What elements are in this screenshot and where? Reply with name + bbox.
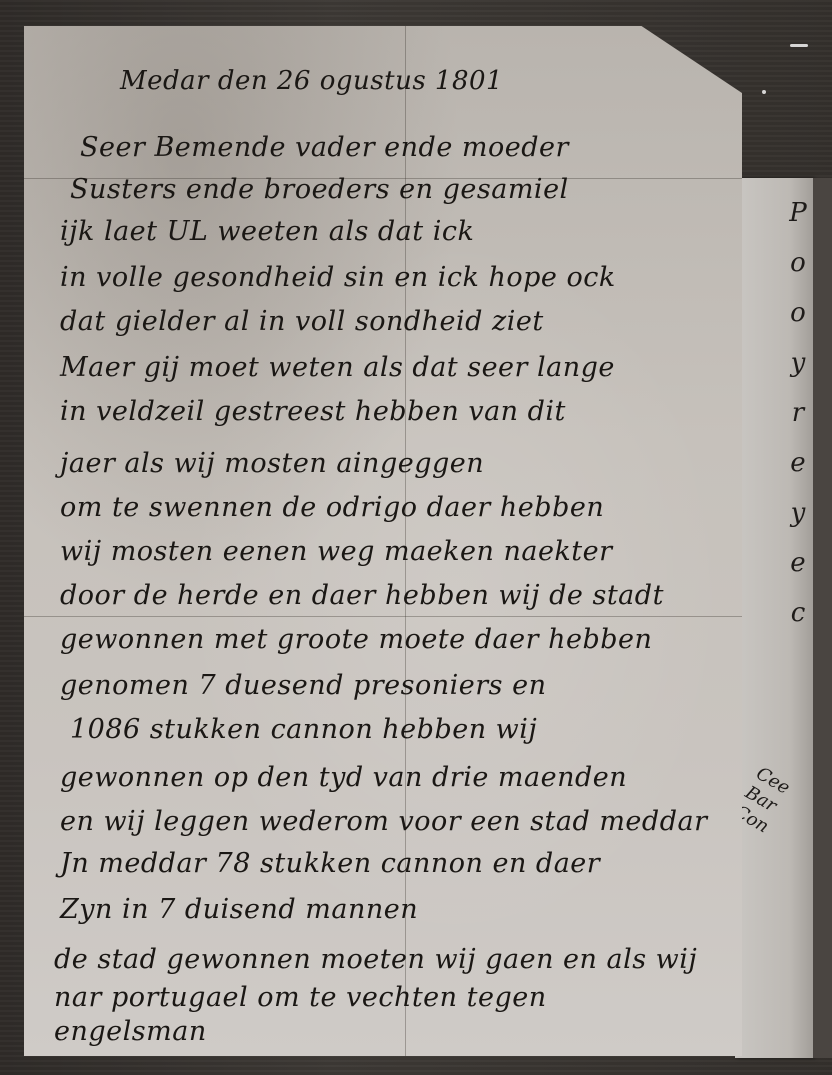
letter-line-6: Maer gij moet weten als dat seer lange [60, 352, 615, 383]
second-sheet: Pooyreyec Cee Bar Con [735, 178, 813, 1058]
letter-sheet: Medar den 26 ogustus 1801 Seer Bemende v… [24, 26, 742, 1056]
letter-line-9: om te swennen de odrigo daer hebben [60, 492, 604, 523]
second-sheet-margin-text-lower: Cee Bar Con [730, 763, 815, 850]
fold-line-horizontal-lower [24, 616, 742, 617]
sheet-edge-shadow [813, 178, 832, 1058]
letter-line-11: door de herde en daer hebben wij de stad… [60, 580, 664, 611]
letter-line-19: de stad gewonnen moeten wij gaen en als … [54, 944, 697, 975]
letter-line-10: wij mosten eenen weg maeken naekter [60, 536, 613, 567]
letter-line-16: en wij leggen wederom voor een stad medd… [60, 806, 707, 837]
photo-dust [762, 90, 766, 94]
letter-line-12: gewonnen met groote moete daer hebben [60, 624, 652, 655]
letter-line-13: genomen 7 duesend presoniers en [60, 670, 546, 701]
letter-line-8: jaer als wij mosten aingeggen [60, 448, 484, 479]
letter-line-20: nar portugael om te vechten tegen [54, 982, 547, 1013]
letter-line-2: Susters ende broeders en gesamiel [70, 174, 569, 205]
letter-line-7: in veldzeil gestreest hebben van dit [60, 396, 566, 427]
letter-line-14: 1086 stukken cannon hebben wij [70, 714, 537, 745]
letter-line-21: engelsman [54, 1016, 207, 1047]
letter-line-15: gewonnen op den tyd van drie maenden [60, 762, 627, 793]
letter-line-3: ijk laet UL weeten als dat ick [60, 216, 474, 247]
second-sheet-margin-text-upper: Pooyreyec [785, 188, 811, 638]
letter-line-4: in volle gesondheid sin en ick hope ock [60, 262, 616, 293]
photo-scratch [790, 44, 808, 47]
letter-line-1: Seer Bemende vader ende moeder [80, 132, 569, 163]
letter-line-17: Jn meddar 78 stukken cannon en daer [60, 848, 600, 879]
letter-line-5: dat gielder al in voll sondheid ziet [60, 306, 544, 337]
letter-line-18: Zyn in 7 duisend mannen [60, 894, 418, 925]
letter-heading: Medar den 26 ogustus 1801 [120, 66, 503, 96]
